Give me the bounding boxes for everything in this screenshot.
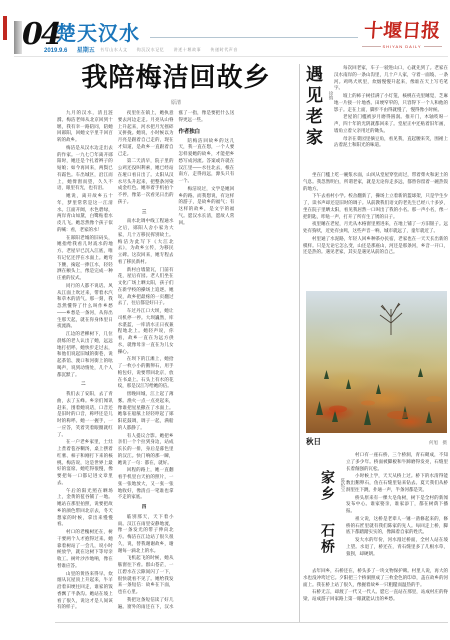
body-paragraph: 坐在门槛上吃一碗浆水面，山风从堂屋穿堂而过，带着柴火和泥土的气息。我忽然明白，所…: [303, 172, 448, 192]
masthead-bar: [14, 21, 22, 54]
article-jiaxiangshiqiao: 家乡 石桥 陈伦宝 村口有一座石桥，三个桥洞，青石砌成，不知立了多少年。桥面被脚…: [303, 452, 448, 566]
article-yujianlaojia: 遇见老家 徐慎 每次回老家，车子一驶进山口，心就先到了。老家在汉水南岸的一条山沟…: [303, 65, 448, 171]
body-paragraph: 在坝下的江滩上，她拾了一枚小小的鹅卵石，用手帕包好，说要带回北京，放在书桌上。石…: [118, 356, 174, 390]
body-paragraph: 在一户老乡家里，土灶上煮着苞谷糊汤，桌上摆着红薯、柿子和刚打下来的核桃。梅洁说，…: [57, 439, 113, 486]
article-author: 陈伦宝: [337, 452, 346, 566]
body-paragraph: 老屋的门槛被岁月磨得圆润。推开门，木轴吱呀一声，四十年的光阴就都回来了。堂屋正中…: [334, 114, 448, 134]
body-paragraph: 桥头原来有一棵大皂角树，树下是全村的新闻发布中心。谁家娶亲，谁家添丁，都在树荫下…: [346, 495, 448, 515]
body-paragraph: 陪梅洁回故乡的这几天，我一直在想，一个人要怎样爱她的故乡，才能把乡愁写成河流。答…: [179, 138, 235, 185]
body-paragraph: 梅洁是从汉水边走出去的作家。一九七〇年离开郧阳时，她还是个扎着辫子的姑娘；如今再…: [57, 145, 113, 192]
body-paragraph: 她说，离开故乡五十年，梦里常常是这一江清水。江面开阔，水色碧绿，两岸青山如黛，白…: [57, 193, 113, 234]
article-vertical-title: 家乡 石桥: [303, 452, 337, 566]
section-marker: 三: [118, 209, 174, 216]
body-paragraph: 车过丹江口大坝，她让司机停一停。大坝巍然，库水湛蓝，一库清水正日夜兼程地北上。她…: [118, 308, 174, 355]
article-body-side: 每次回老家，车子一驶进山口，心就先到了。老家在汉水南岸的一条山沟里，几十户人家，…: [334, 65, 448, 171]
autumn-photo: [306, 291, 447, 433]
masthead-slogans: 书写山水人文 钩沉汉水记忆 讲述十堰故事 传递时代声音: [100, 47, 238, 53]
title-part-2: 石桥: [319, 523, 335, 555]
logo-rule-left: [362, 46, 381, 47]
body-paragraph: 回程的路上，她一直翻看手机里白天拍的照片，一张一张地放大，又一张一张地收好，像清…: [118, 467, 174, 501]
section-marker: 四: [118, 504, 174, 511]
body-paragraph: 在郧阳老城的旧码头，她指给我看儿时戏水的地方。老屋早已沉入江底，唯有记忆还浮在水…: [57, 235, 113, 282]
body-paragraph: 夜里住在镇上，她执意要去河边走走。月亮从山脊上升起来，河水把月光摇碎又拼拢。她说…: [118, 110, 174, 157]
body-paragraph: 石桥无言，却渡了一代又一代人。愿它一直站在那里，站成村庄的脊梁，站成游子回家路上…: [303, 589, 448, 603]
page-edge-mark: [3, 16, 7, 40]
body-paragraph: 小时候上学，天天从桥上过。桥下的水清得能数出鹅卵石，鱼在石缝里钻来钻去。夏天我们…: [346, 473, 448, 493]
newspaper-page: { "header": { "page_number": "04", "sect…: [0, 0, 450, 640]
main-headline: 我陪梅洁回故乡: [57, 63, 295, 94]
header-hairline: [14, 56, 448, 57]
body-paragraph: 祖父说，这桥是老辈人一锤一凿修起来的，修桥的石匠里就有我们陈家的先人。每回走上桥…: [346, 516, 448, 536]
body-paragraph: 坡上的柿子树挂满了小灯笼，核桃在壳里睡觉，芝麻地一片接一片地香。田埂窄窄的，只容…: [334, 93, 448, 113]
section-title: 楚天汉水: [56, 24, 140, 44]
photo-overlay: [306, 291, 447, 433]
body-paragraph: 九月的汉水，清且涟漪。梅洁老师从北京回到十堰，我有幸一路陪同，陪她回郧阳，回她文…: [57, 110, 113, 144]
body-paragraph: 第二天清早，院子里的公鸡还没叫利索，她已经站在垭口看日出了。太阳从汉水尽头升起来…: [118, 158, 174, 205]
body-paragraph: 午后的阳光照在晒场上，金黄的苞谷铺了一地。她站在那里拍照，说要把故乡的颜色带回北…: [57, 488, 113, 529]
body-paragraph: 村口的老槐树还在，树干要两个人才抱得过来。她靠着树站了一会儿，说小时候放学，就在…: [57, 529, 113, 570]
date: 2019.9.6: [44, 48, 67, 54]
photo-credit: 何旭 摄: [429, 440, 447, 446]
section-marker: 二: [57, 381, 113, 388]
body-paragraph: 飞机起飞的时候，她从舷窗往下看。群山苍茫，一江碧水在云隙间闪了一下，很快就看不见…: [118, 555, 174, 596]
article-vertical-title: 遇见老家: [303, 65, 325, 171]
body-paragraph: 有人提议合影。她把乡亲们一个个拉到身边，站成长长的一排，身后是暮色里的汉江。快门…: [118, 433, 174, 467]
article-yujianlaojia-continued: 坐在门槛上吃一碗浆水面，山风从堂屋穿堂而过，带着柴火和泥土的气息。我忽然明白，所…: [303, 172, 448, 284]
sub-heading: 作者独白: [179, 128, 235, 136]
body-paragraph: 南水北调中线工程通水之后，郧阳人舍小家为大家，几十万移民挥别故土。梅洁为此写下《…: [118, 218, 174, 265]
photo-caption: 秋日: [306, 436, 321, 447]
newspaper-logo: 十堰日报: [355, 21, 448, 42]
logo-subtitle-row: SHIYAN DAILY: [362, 44, 442, 49]
date-line: 2019.9.6 星期五: [44, 45, 95, 54]
main-byline: 原清: [57, 99, 295, 106]
bare-tree-silhouette: [380, 303, 402, 335]
body-paragraph: 村里通了水泥路，年轻人回乡种茶办民宿，老家也在一天天长出新的模样。只是无论它怎么…: [303, 236, 448, 256]
body-paragraph: 同行的人都不说话。风从江面上吹过来，带着水汽和草木的清气。那一刻，我忽然懂得了什…: [57, 283, 113, 330]
body-paragraph: 村口有一座石桥，三个桥洞，青石砌成，不知立了多少年。桥面被脚板和牛蹄磨得发亮，石…: [346, 452, 448, 472]
body-paragraph: 夜里睡在老屋，月光从木格窗里照进来，在地上铺了一方旧银子。远处有狗吠，近处有虫鸣…: [303, 221, 448, 235]
title-part-1: 家乡: [319, 470, 335, 502]
logo-rule-right: [424, 46, 443, 47]
body-paragraph: 临别那天，天下着小雨。汉江在雨里安静地流，像一条发光的带子伸向北方。梅洁在江边站…: [118, 514, 174, 555]
body-paragraph: 每次回老家，车子一驶进山口，心就先到了。老家在汉水南岸的一条山沟里，几十户人家，…: [334, 65, 448, 92]
body-paragraph: 下午去看村小学。校舍翻新了，操场上立着新的篮球架，只是学生少了，读书声却还是旧时…: [303, 193, 448, 220]
article-body-side: 村口有一座石桥，三个桥洞，青石砌成，不知立了多少年。桥面被脚板和牛蹄磨得发亮，石…: [346, 452, 448, 566]
body-paragraph: 我们去了安阳，去了青曲，去了五峰。乡亲们闻讯赶来，围着她说话，口音还是旧时的口音…: [57, 391, 113, 438]
red-foliage-patches: [329, 396, 442, 419]
body-paragraph: 母亲在菜园里摘豆角，看见我，直起腰来笑，围裙上沾着泥土和阳光的味道。: [334, 136, 448, 150]
body-paragraph: 去年回乡，石桥还在，桥头多了一块文物保护碑。村里人说，再大的水也没冲垮过它。夕阳…: [303, 568, 448, 588]
bottom-rule: [55, 622, 448, 623]
header-rule: [150, 37, 358, 38]
article-jiaxiangshiqiao-continued: 去年回乡，石桥还在，桥头多了一块文物保护碑。村里人说，再大的水也没冲垮过它。夕阳…: [303, 568, 448, 621]
body-paragraph: 梅洁说过，文学是她回乡的路。而我想说，有这样的游子，是故乡的福气；有这样的故乡，…: [179, 186, 235, 227]
main-article-body: 九月的汉水，清且涟漪。梅洁老师从北京回到十堰，我有幸一路陪同，陪她回郧阳，回她文…: [57, 110, 295, 621]
article-author: 徐慎: [325, 65, 334, 171]
logo-subtitle: SHIYAN DAILY: [383, 44, 422, 49]
photo-caption-row: 秋日 何旭 摄: [306, 436, 447, 447]
body-paragraph: 傍晚回城，江上起了薄雾。渔火一点一点亮起来，像谁把星星撒在了水面上。她靠在船舷上…: [118, 391, 174, 432]
body-paragraph: 山里的黄昏来得早。炊烟从瓦屋顶上升起来，牛羊沿着田埂往回走，谁家的饭香飘了半条沟…: [57, 571, 113, 612]
body-paragraph: 江边的老柳树下，几位晨练的老人认出了她，远远地打招呼。她快步走过去，和他们说起旧…: [57, 331, 113, 378]
column-divider: [299, 64, 300, 622]
weekday: 星期五: [77, 48, 95, 54]
body-paragraph: 新村白墙黛瓦，门前有花，屋后有园。老人们坐在文化广场上晒太阳，孩子们在新学校的操…: [118, 267, 174, 308]
body-paragraph: 发大水的年份，河水漫过桥面，全村人站在坡上望。水退了，桥还在，青石缝里多了几根水…: [346, 537, 448, 557]
conifer-trees: [316, 368, 432, 425]
